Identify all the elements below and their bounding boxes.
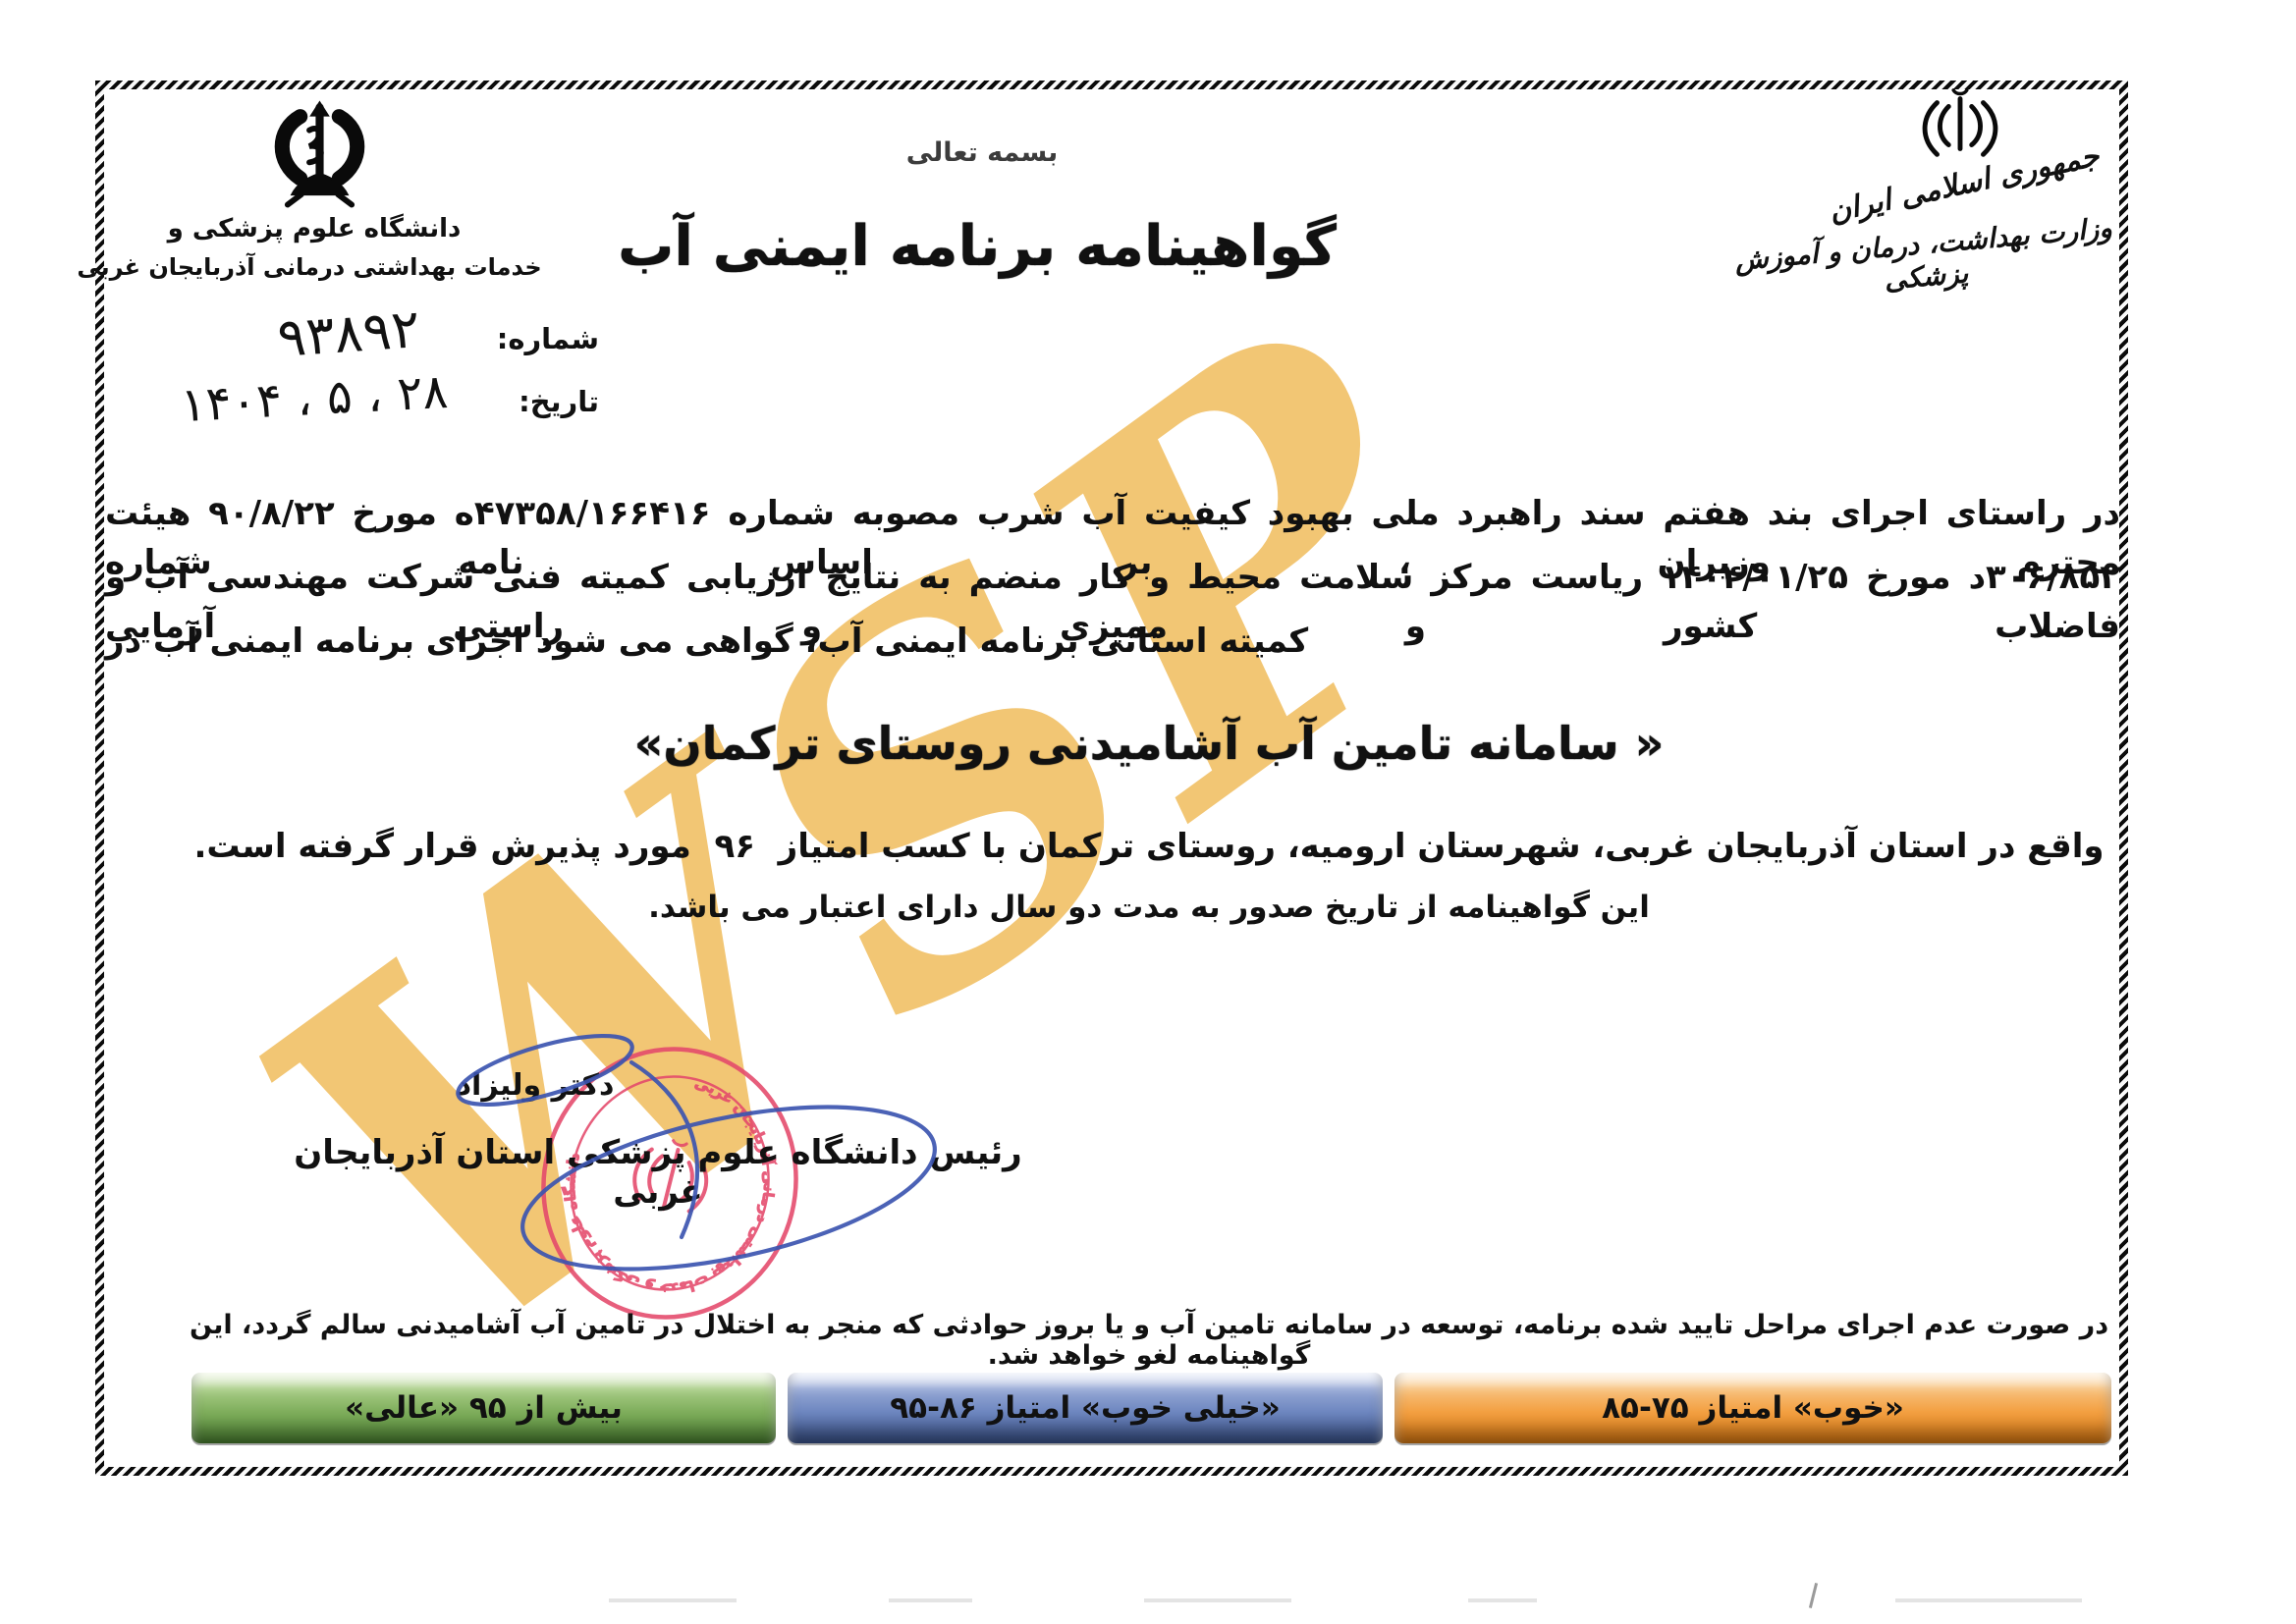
date-label: تاریخ: — [491, 385, 599, 418]
water-system-title: « سامانه تامین آب آشامیدنی روستای ترکمان… — [137, 717, 2160, 770]
certificate-title: گواهینامه برنامه ایمنی آب — [535, 214, 1419, 279]
acceptance-score-line: واقع در استان آذربایجان غربی، شهرستان ار… — [137, 827, 2160, 866]
rating-bar-very-good-label: «خیلی خوب» امتیاز ۸۶-۹۵ — [890, 1390, 1281, 1426]
scan-smudge — [1895, 1598, 2082, 1602]
revocation-warning-text: در صورت عدم اجرای مراحل تایید شده برنامه… — [137, 1310, 2160, 1371]
validity-period-line: این گواهینامه از تاریخ صدور به مدت دو سا… — [137, 890, 2160, 925]
handwritten-signature-ink — [422, 1019, 982, 1314]
scan-smudge — [1809, 1583, 1818, 1608]
university-logo-icon — [253, 98, 386, 208]
bismillah-text: بسمه تعالی — [687, 137, 1277, 168]
rating-bar-excellent: بیش از ۹۵ «عالی» — [191, 1373, 776, 1443]
university-name-line1: دانشگاه علوم پزشکی و — [118, 214, 511, 244]
rating-bar-excellent-label: بیش از ۹۵ «عالی» — [345, 1390, 623, 1426]
scan-smudge — [609, 1598, 737, 1602]
iran-emblem-icon — [1917, 84, 2003, 167]
certificate-page: WSP دانشگاه علوم پزشکی و خدمات بهداشتی د… — [0, 0, 2296, 1624]
rating-bar-very-good: «خیلی خوب» امتیاز ۸۶-۹۵ — [788, 1373, 1383, 1443]
university-name-line2: خدمات بهداشتی درمانی آذربایجان غربی — [74, 253, 545, 281]
scan-smudge — [1144, 1598, 1291, 1602]
rating-bar-good-label: «خوب» امتیاز ۷۵-۸۵ — [1602, 1390, 1904, 1426]
scan-smudge — [1468, 1598, 1537, 1602]
rating-bar-good: «خوب» امتیاز ۷۵-۸۵ — [1394, 1373, 2111, 1443]
body-paragraph-line3: کمیته استانی برنامه ایمنی آب، گواهی می ش… — [105, 617, 2120, 666]
scan-smudge — [889, 1598, 972, 1602]
number-label: شماره: — [491, 322, 599, 355]
